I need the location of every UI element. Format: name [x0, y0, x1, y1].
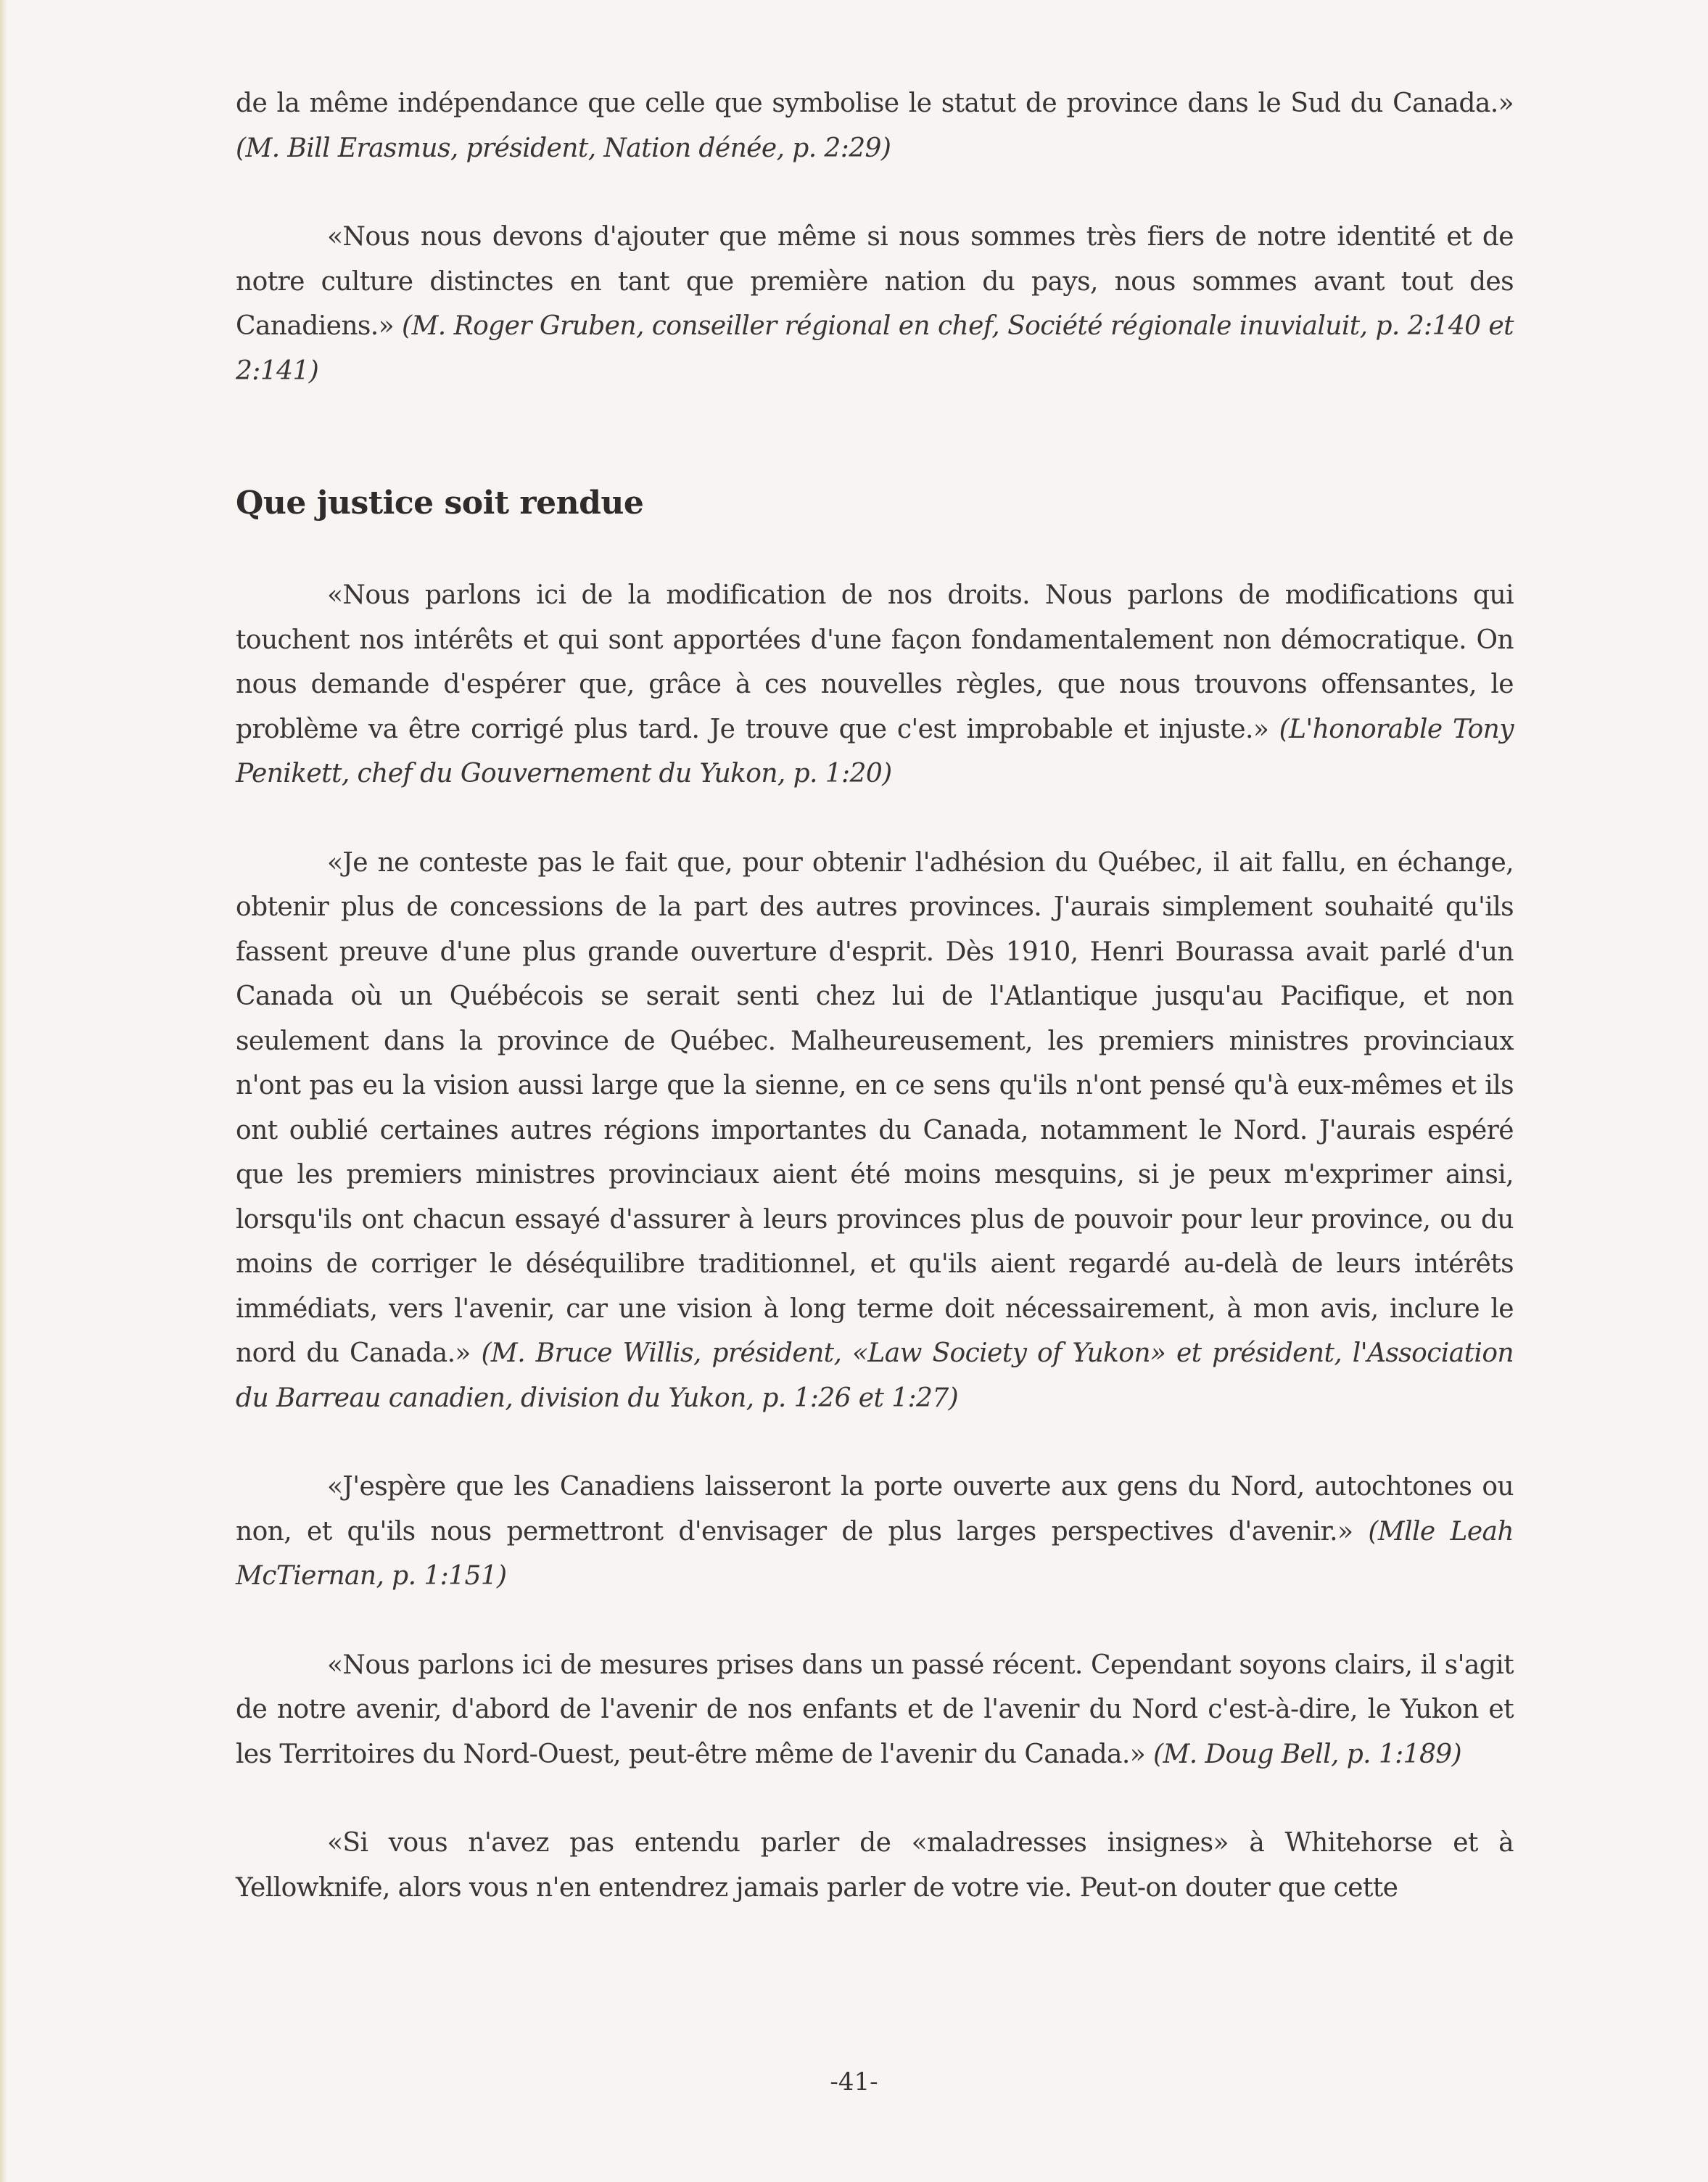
section-heading: Que justice soit rendue [236, 482, 1514, 525]
paragraph-willis: «Je ne conteste pas le fait que, pour ob… [236, 841, 1514, 1421]
page-edge [0, 0, 7, 2182]
quote-text: de la même indépendance que celle que sy… [236, 88, 1514, 118]
paragraph-mctiernan: «J'espère que les Canadiens laisseront l… [236, 1465, 1514, 1599]
quote-citation: (M. Bill Erasmus, président, Nation déné… [236, 133, 891, 163]
page-number: -41- [0, 2067, 1708, 2096]
quote-citation: (M. Roger Gruben, conseiller régional en… [236, 311, 1514, 386]
paragraph-penikett: «Nous parlons ici de la modification de … [236, 573, 1514, 796]
quote-text: «Si vous n'avez pas entendu parler de «m… [236, 1828, 1514, 1903]
quote-text: «J'espère que les Canadiens laisseront l… [236, 1472, 1514, 1547]
paragraph-gruben: «Nous nous devons d'ajouter que même si … [236, 215, 1514, 393]
paragraph-bell: «Nous parlons ici de mesures prises dans… [236, 1643, 1514, 1777]
paragraph-whitehorse: «Si vous n'avez pas entendu parler de «m… [236, 1821, 1514, 1910]
quote-text: «Je ne conteste pas le fait que, pour ob… [236, 848, 1514, 1369]
quote-citation: (M. Doug Bell, p. 1:189) [1153, 1740, 1461, 1769]
document-page: de la même indépendance que celle que sy… [236, 81, 1514, 1910]
paragraph-erasmus-continuation: de la même indépendance que celle que sy… [236, 81, 1514, 170]
